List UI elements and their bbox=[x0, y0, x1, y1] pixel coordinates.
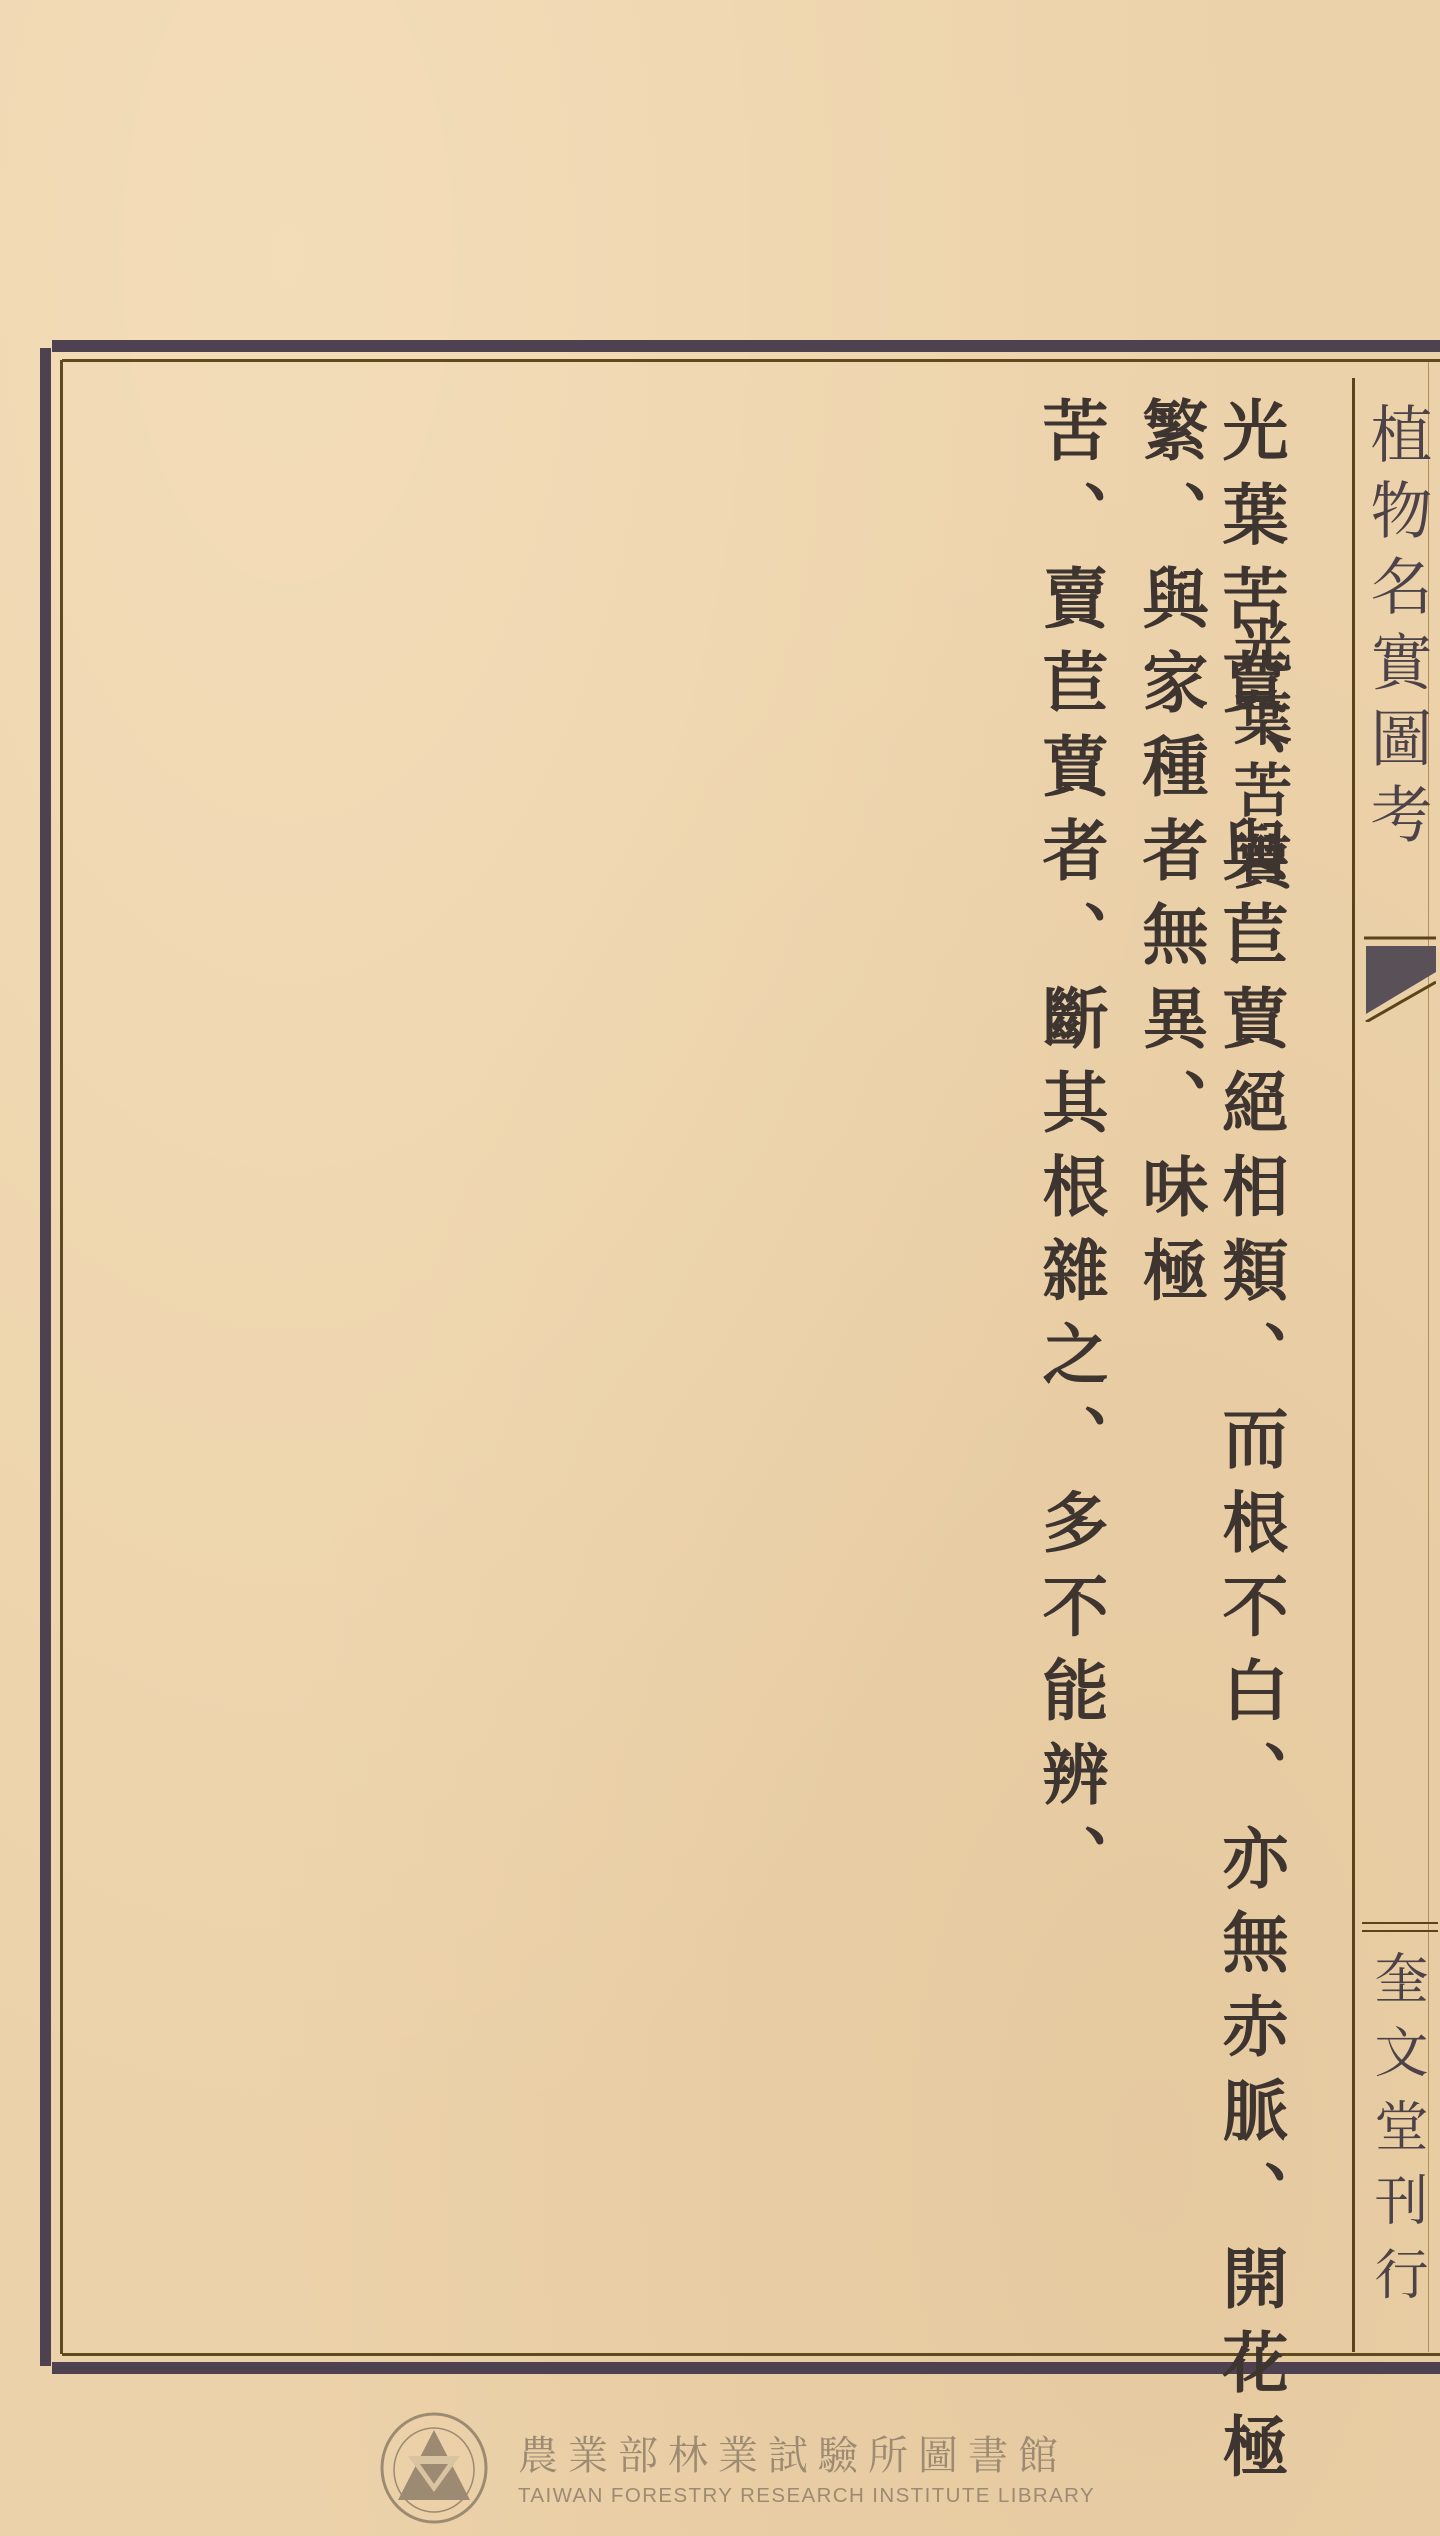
entry-text-column: 苦、賣苣蕒者、斷其根雜之、多不能辨、 bbox=[1030, 396, 1110, 1908]
entry-text-column: 光葉苦蕒、與苣蕒絕相類、而根不白、亦無赤脈、開花極繁、與家種者無異、味極 bbox=[1130, 396, 1290, 2536]
center-column-rule bbox=[1352, 378, 1355, 2352]
frame-border-top bbox=[52, 340, 1440, 352]
library-watermark: 農業部林業試驗所圖書館 TAIWAN FORESTRY RESEARCH INS… bbox=[378, 2412, 1098, 2530]
publisher-divider bbox=[1362, 1922, 1438, 1932]
frame-border-left bbox=[40, 348, 51, 2366]
library-name-english: TAIWAN FORESTRY RESEARCH INSTITUTE LIBRA… bbox=[518, 2484, 1095, 2508]
publisher-imprint: 奎文堂刊行 bbox=[1364, 1950, 1430, 2320]
frame-inner-rule-top bbox=[62, 359, 1440, 362]
library-name-chinese: 農業部林業試驗所圖書館 bbox=[518, 2424, 1068, 2481]
library-seal-icon bbox=[378, 2412, 490, 2524]
center-column-banxin: 植物名實圖考 奎文堂刊行 bbox=[1352, 362, 1440, 2352]
book-title: 植物名實圖考 bbox=[1360, 402, 1432, 962]
frame-inner-rule-left bbox=[60, 360, 63, 2354]
fishtail-marker-icon bbox=[1364, 932, 1436, 1022]
